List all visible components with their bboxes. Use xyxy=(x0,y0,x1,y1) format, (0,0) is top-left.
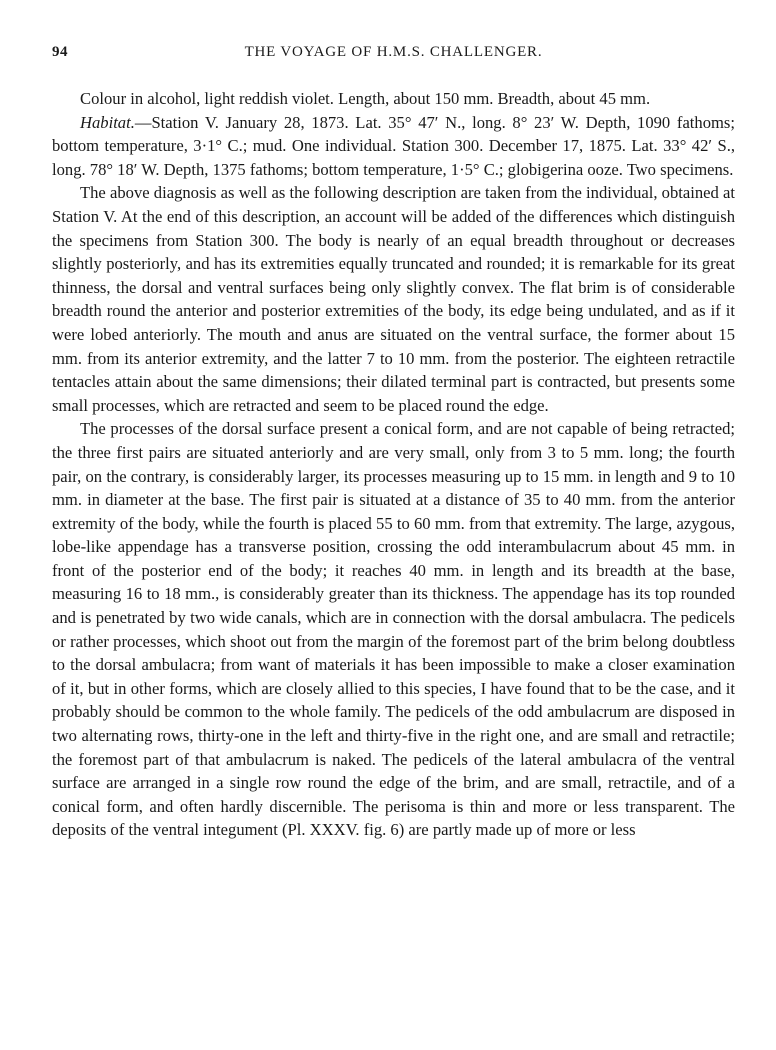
body-text: Colour in alcohol, light reddish violet.… xyxy=(52,87,735,842)
paragraph-habitat: Habitat.—Station V. January 28, 1873. La… xyxy=(52,111,735,182)
running-header: 94 THE VOYAGE OF H.M.S. CHALLENGER. xyxy=(52,40,735,70)
habitat-lead: Habitat. xyxy=(80,113,135,132)
paragraph-colour: Colour in alcohol, light reddish violet.… xyxy=(52,87,735,111)
habitat-text: —Station V. January 28, 1873. Lat. 35° 4… xyxy=(52,113,735,179)
running-title: THE VOYAGE OF H.M.S. CHALLENGER. xyxy=(52,44,735,61)
paragraph-description: The above diagnosis as well as the follo… xyxy=(52,181,735,417)
document-page: 94 THE VOYAGE OF H.M.S. CHALLENGER. Colo… xyxy=(52,40,735,842)
paragraph-dorsal-processes: The processes of the dorsal surface pres… xyxy=(52,417,735,842)
